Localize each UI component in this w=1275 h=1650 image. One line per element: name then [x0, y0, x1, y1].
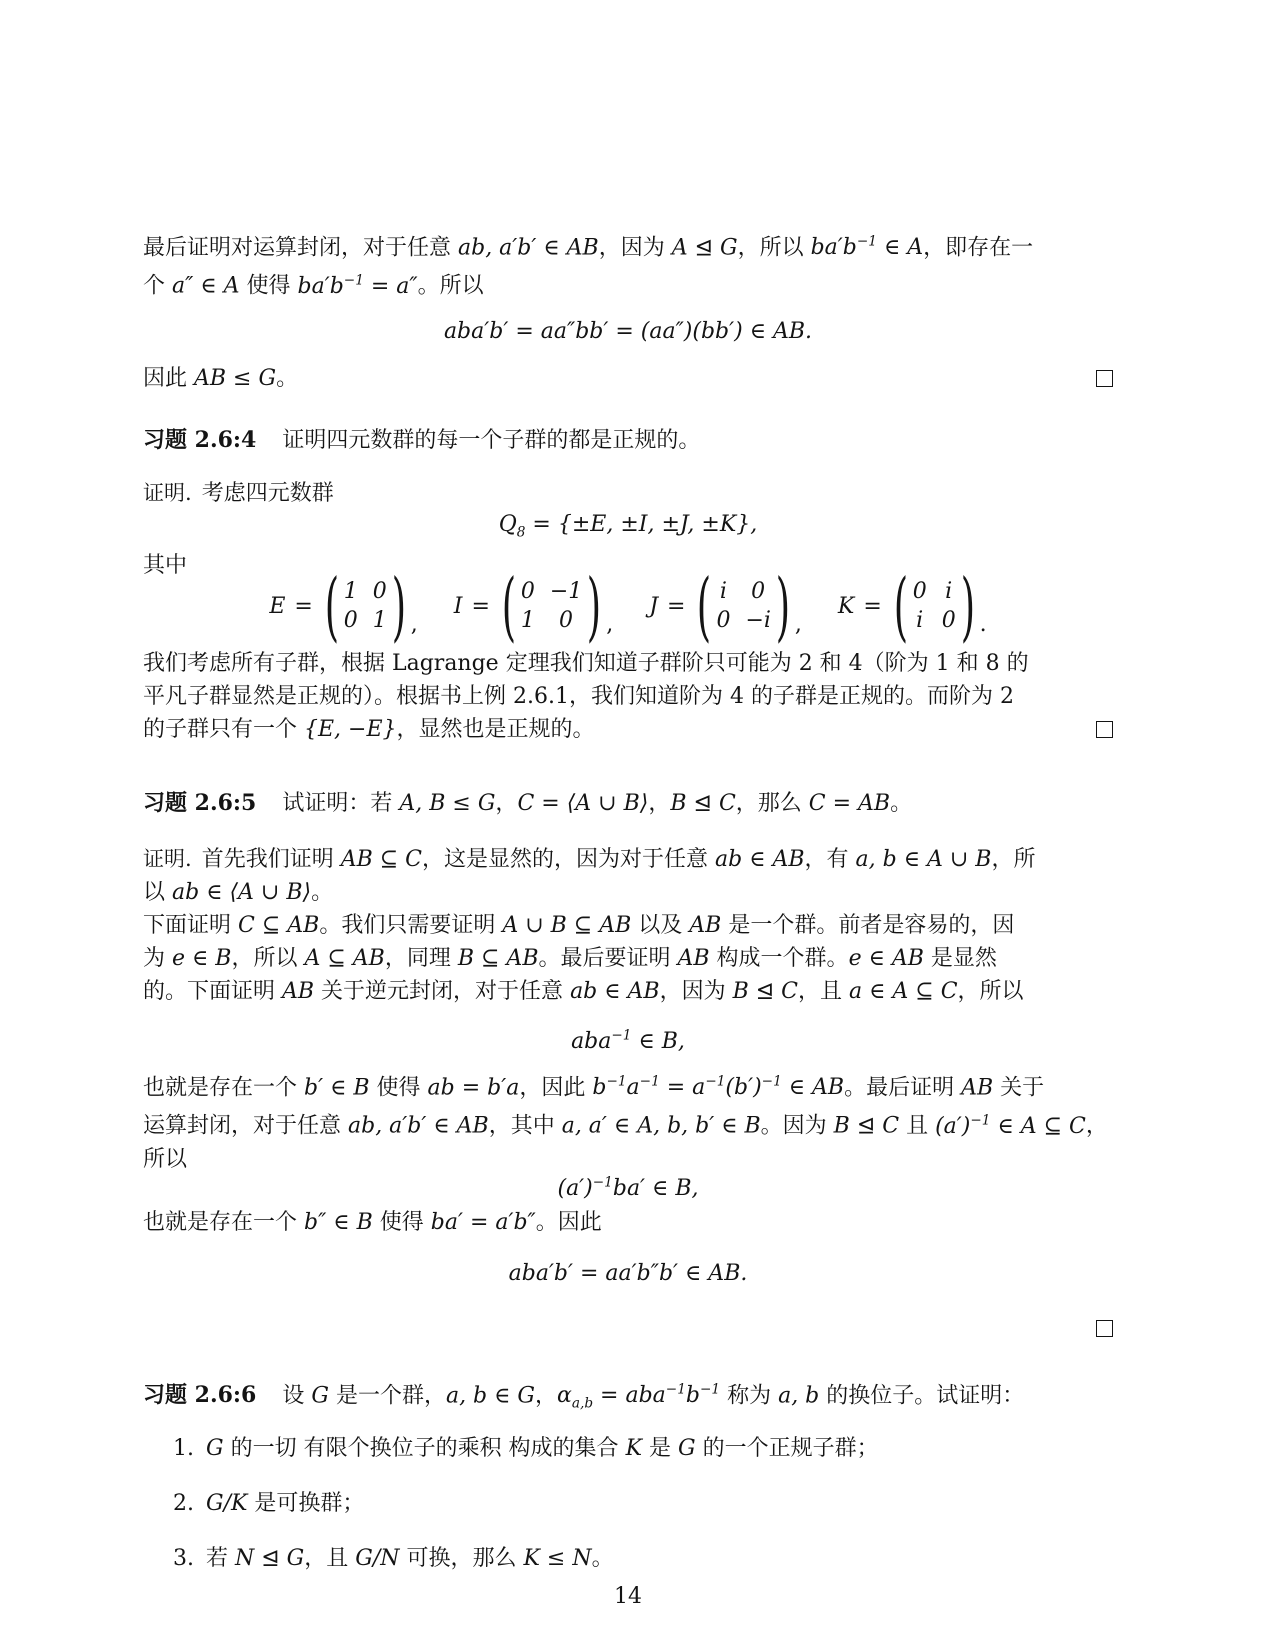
document-page: { "intro": { "lines": [ "最后证明对运算封闭，对于任意 … [0, 0, 1275, 1650]
list-item-1: 1.G 的一切 有限个换位子的乘积 构成的集合 K 是 G 的一个正规子群； [143, 1432, 1143, 1465]
matrix-name: E [269, 594, 285, 619]
right-paren: ) [392, 569, 406, 644]
conclusion-line: 因此 AB ≤ G。 [143, 362, 1113, 395]
proof-intro-text: 考虑四元数群 [202, 481, 334, 506]
paragraph-line: 的。下面证明 AB 关于逆元封闭，对于任意 ab ∈ AB，因为 B ⊴ C，且… [143, 975, 1113, 1008]
item-number: 3. [173, 1546, 194, 1571]
separator: . [980, 615, 987, 635]
right-paren: ) [776, 569, 790, 644]
exercise-5-label: 习题 2.6:5 [143, 790, 256, 816]
left-paren: ( [894, 569, 908, 644]
paragraph-line: 下面证明 C ⊆ AB。我们只需要证明 A ∪ B ⊆ AB 以及 AB 是一个… [143, 909, 1113, 942]
matrix-name: J [649, 594, 658, 619]
exercise-4-proof-intro: 证明.考虑四元数群 [143, 477, 1113, 510]
list-item-2: 2.G/K 是可换群； [143, 1487, 1143, 1520]
page-number: 14 [143, 1580, 1113, 1613]
text-column: 最后证明对运算封闭，对于任意 ab, a′b′ ∈ AB，因为 A ⊴ G，所以… [143, 0, 1113, 1650]
paragraph-line: 平凡子群显然是正规的）。根据书上例 2.6.1，我们知道阶为 4 的子群是正规的… [143, 680, 1113, 713]
exercise-4-statement: 证明四元数群的每一个子群的都是正规的。 [282, 428, 700, 453]
matrix-cells: 0ii0 [913, 577, 956, 635]
matrix-i: I=(0−110), [454, 577, 613, 635]
proof-label: 证明. [143, 847, 192, 871]
exercise-5-proof-part3: 也就是存在一个 b″ ∈ B 使得 ba′ = a′b″。因此 [143, 1206, 1113, 1239]
paragraph-line-with-qed: 的子群只有一个 {E, −E}，显然也是正规的。 [143, 713, 1113, 746]
proof-label: 证明. [143, 481, 192, 505]
matrix-name: K [838, 594, 854, 619]
separator: , [606, 615, 613, 635]
right-paren: ) [587, 569, 601, 644]
paragraph-line: 运算封闭，对于任意 ab, a′b′ ∈ AB，其中 a, a′ ∈ A, b,… [143, 1104, 1113, 1142]
separator: , [411, 615, 418, 635]
paragraph-line: 最后证明对运算封闭，对于任意 ab, a′b′ ∈ AB，因为 A ⊴ G，所以… [143, 226, 1113, 264]
paragraph-line: 证明.首先我们证明 AB ⊆ C，这是显然的，因为对于任意 ab ∈ AB，有 … [143, 843, 1113, 876]
display-equation-final: aba′b′ = aa′b″b′ ∈ AB. [143, 1256, 1113, 1292]
paragraph-line: 也就是存在一个 b′ ∈ B 使得 ab = b′a，因此 b−1a−1 = a… [143, 1066, 1113, 1104]
exercise-4-proof-body: 我们考虑所有子群，根据 Lagrange 定理我们知道子群阶只可能为 2 和 4… [143, 647, 1113, 746]
matrix-cells: 1001 [344, 577, 387, 635]
intro-paragraph: 最后证明对运算封闭，对于任意 ab, a′b′ ∈ AB，因为 A ⊴ G，所以… [143, 226, 1113, 303]
qed-line [143, 1318, 1113, 1343]
exercise-6-statement: 设 G 是一个群，a, b ∈ G，αa,b = aba−1b−1 称为 a, … [282, 1383, 1024, 1408]
matrix-k: K=(0ii0). [838, 577, 987, 635]
exercise-5-proof-part2: 也就是存在一个 b′ ∈ B 使得 ab = b′a，因此 b−1a−1 = a… [143, 1066, 1113, 1176]
exercise-5-proof-part1: 证明.首先我们证明 AB ⊆ C，这是显然的，因为对于任意 ab ∈ AB，有 … [143, 843, 1113, 1008]
exercise-6-heading: 习题 2.6:6设 G 是一个群，a, b ∈ G，αa,b = aba−1b−… [143, 1374, 1113, 1421]
left-paren: ( [325, 569, 339, 644]
display-equation-aba-inverse: aba−1 ∈ B, [143, 1018, 1113, 1060]
display-equation-q8: Q8 = {±E, ±I, ±J, ±K}, [143, 507, 1113, 550]
paragraph-line: 以 ab ∈ ⟨A ∪ B⟩。 [143, 876, 1113, 909]
list-item-3: 3.若 N ⊴ G，且 G/N 可换，那么 K ≤ N。 [143, 1542, 1143, 1575]
matrix-cells: 0−110 [521, 577, 582, 635]
exercise-5-statement: 试证明：若 A, B ≤ G，C = ⟨A ∪ B⟩，B ⊴ C，那么 C = … [282, 791, 912, 816]
item-number: 1. [173, 1436, 194, 1461]
paragraph-line: 个 a″ ∈ A 使得 ba′b−1 = a″。所以 [143, 264, 1113, 302]
qed-box [1096, 370, 1113, 387]
conclusion-text: 因此 AB ≤ G。 [143, 362, 298, 395]
paragraph-line: 为 e ∈ B，所以 A ⊆ AB，同理 B ⊆ AB。最后要证明 AB 构成一… [143, 942, 1113, 975]
qed-box [1096, 1320, 1113, 1337]
right-paren: ) [960, 569, 974, 644]
equals-sign: = [863, 594, 881, 619]
equals-sign: = [294, 594, 312, 619]
exercise-4-heading: 习题 2.6:4证明四元数群的每一个子群的都是正规的。 [143, 424, 1113, 457]
matrix-definitions: E=(1001), I=(0−110), J=(i00−i), K=(0ii0)… [143, 566, 1113, 646]
qed-box [1096, 721, 1113, 738]
separator: , [795, 615, 802, 635]
exercise-4-label: 习题 2.6:4 [143, 427, 256, 453]
matrix-e: E=(1001), [269, 577, 417, 635]
display-equation-a-prime: (a′)−1ba′ ∈ B, [143, 1165, 1113, 1207]
matrix-j: J=(i00−i), [649, 577, 802, 635]
paragraph-line: 我们考虑所有子群，根据 Lagrange 定理我们知道子群阶只可能为 2 和 4… [143, 647, 1113, 680]
exercise-6-label: 习题 2.6:6 [143, 1382, 256, 1408]
exercise-5-heading: 习题 2.6:5试证明：若 A, B ≤ G，C = ⟨A ∪ B⟩，B ⊴ C… [143, 787, 1113, 820]
item-number: 2. [173, 1491, 194, 1516]
equals-sign: = [667, 594, 685, 619]
matrix-name: I [454, 594, 463, 619]
display-equation-ab: aba′b′ = aa″bb′ = (aa″)(bb′) ∈ AB. [143, 314, 1113, 350]
left-paren: ( [502, 569, 516, 644]
equals-sign: = [471, 594, 489, 619]
left-paren: ( [697, 569, 711, 644]
matrix-cells: i00−i [716, 577, 770, 635]
